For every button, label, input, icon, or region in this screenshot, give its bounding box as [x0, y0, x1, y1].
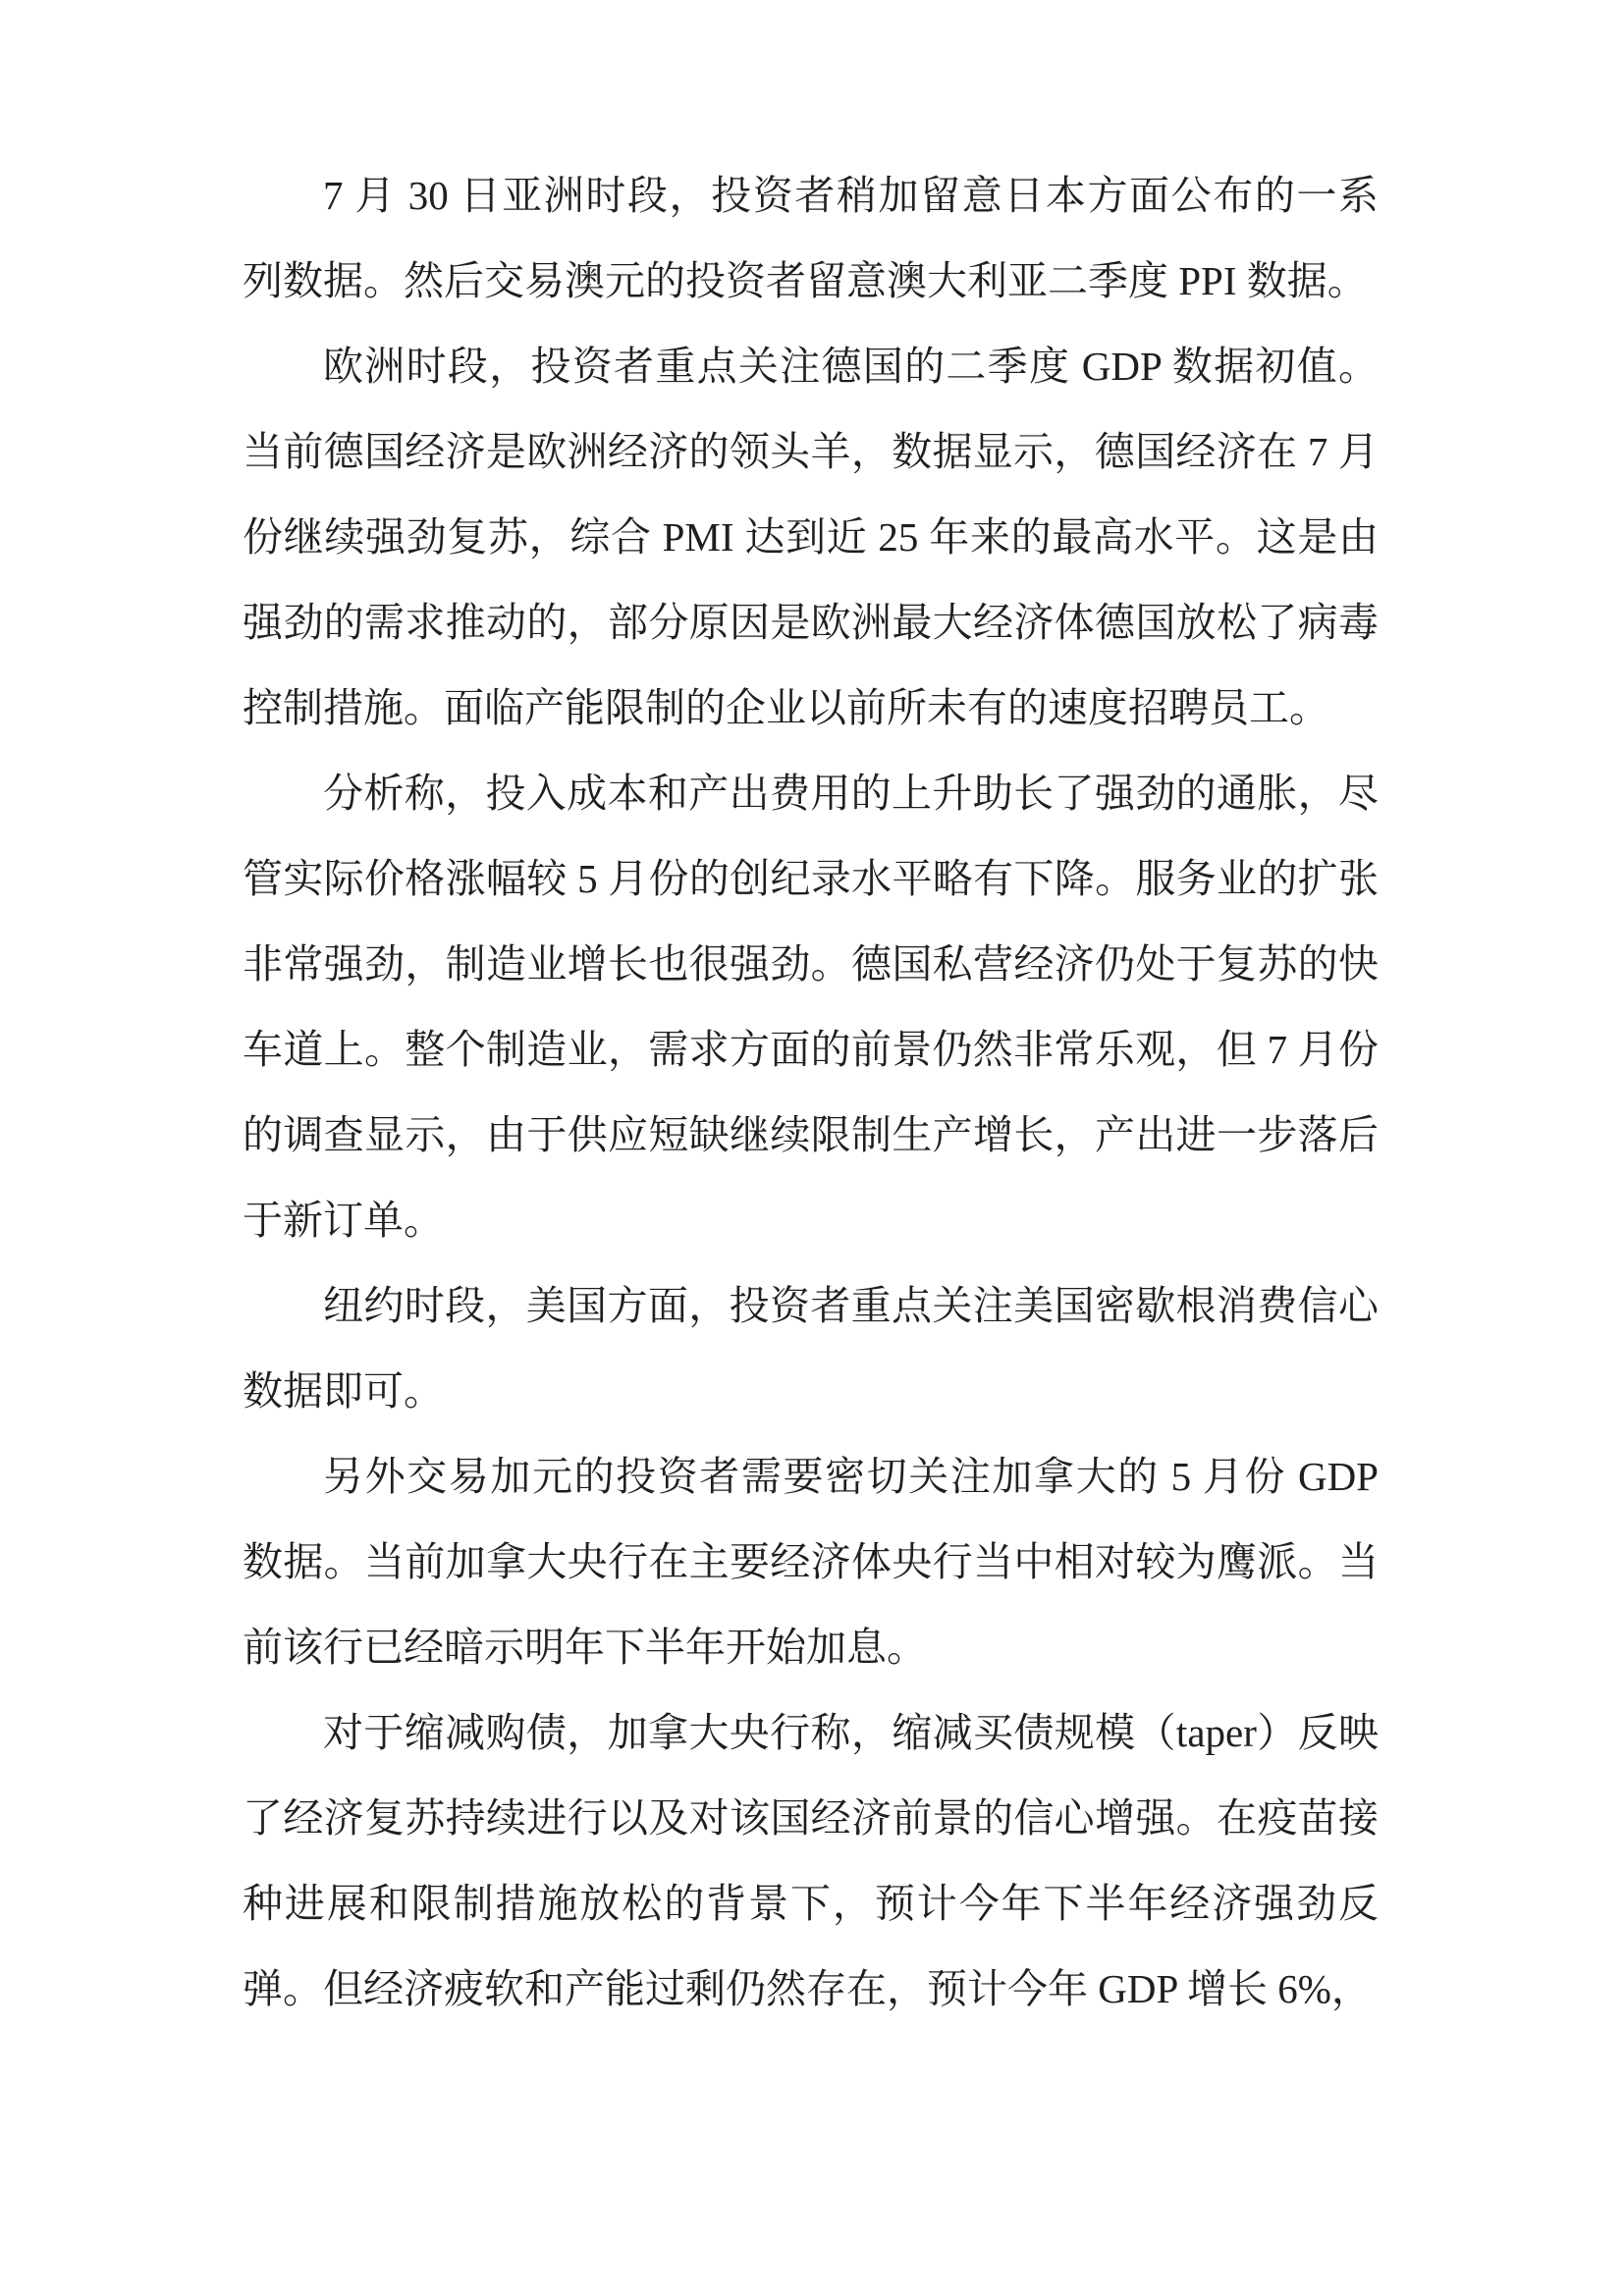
- paragraph: 7 月 30 日亚洲时段，投资者稍加留意日本方面公布的一系列数据。然后交易澳元的…: [243, 153, 1379, 324]
- paragraph: 对于缩减购债，加拿大央行称，缩减买债规模（taper）反映了经济复苏持续进行以及…: [243, 1690, 1379, 2032]
- document-page: { "page": { "background_color": "#ffffff…: [0, 0, 1624, 2296]
- text-block: 7 月 30 日亚洲时段，投资者稍加留意日本方面公布的一系列数据。然后交易澳元的…: [243, 153, 1379, 2032]
- page-background: 7 月 30 日亚洲时段，投资者稍加留意日本方面公布的一系列数据。然后交易澳元的…: [0, 0, 1624, 2296]
- paragraph: 另外交易加元的投资者需要密切关注加拿大的 5 月份 GDP 数据。当前加拿大央行…: [243, 1434, 1379, 1690]
- paragraph: 纽约时段，美国方面，投资者重点关注美国密歇根消费信心数据即可。: [243, 1263, 1379, 1434]
- paragraph: 欧洲时段，投资者重点关注德国的二季度 GDP 数据初值。当前德国经济是欧洲经济的…: [243, 324, 1379, 751]
- paragraph: 分析称，投入成本和产出费用的上升助长了强劲的通胀，尽管实际价格涨幅较 5 月份的…: [243, 751, 1379, 1263]
